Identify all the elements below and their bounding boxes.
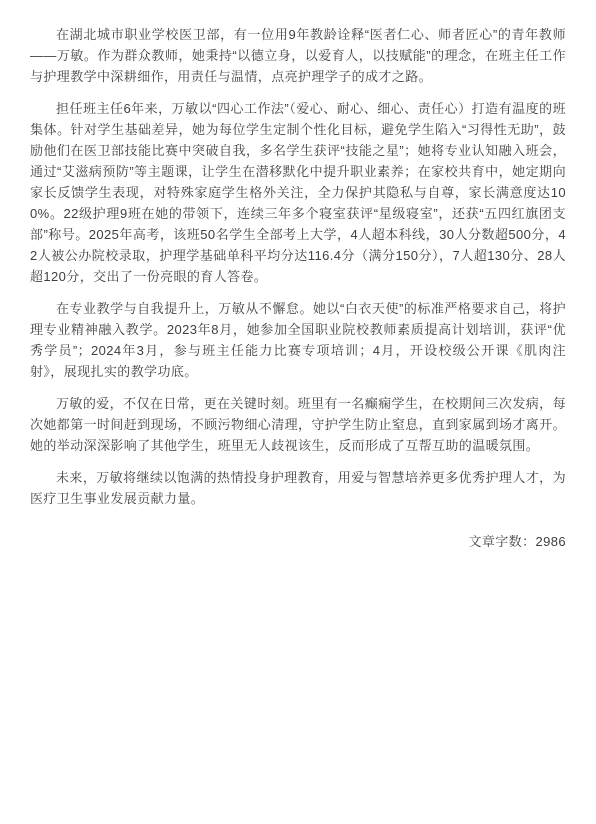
paragraph-professional-growth: 在专业教学与自我提升上，万敏从不懈怠。她以“白衣天使”的标准严格要求自己，将护理…: [30, 298, 566, 382]
document-page: 在湖北城市职业学校医卫部，有一位用9年教龄诠释“医者仁心、师者匠心”的青年教师—…: [0, 0, 596, 824]
paragraph-future: 未来，万敏将继续以饱满的热情投身护理教育，用爱与智慧培养更多优秀护理人才，为医疗…: [30, 467, 566, 509]
paragraph-class-management: 担任班主任6年来，万敏以“四心工作法”（爱心、耐心、细心、责任心）打造有温度的班…: [30, 98, 566, 287]
word-count: 文章字数：2986: [30, 531, 566, 552]
paragraph-care-story: 万敏的爱，不仅在日常，更在关键时刻。班里有一名癫痫学生，在校期间三次发病，每次她…: [30, 393, 566, 456]
paragraph-intro: 在湖北城市职业学校医卫部，有一位用9年教龄诠释“医者仁心、师者匠心”的青年教师—…: [30, 24, 566, 87]
